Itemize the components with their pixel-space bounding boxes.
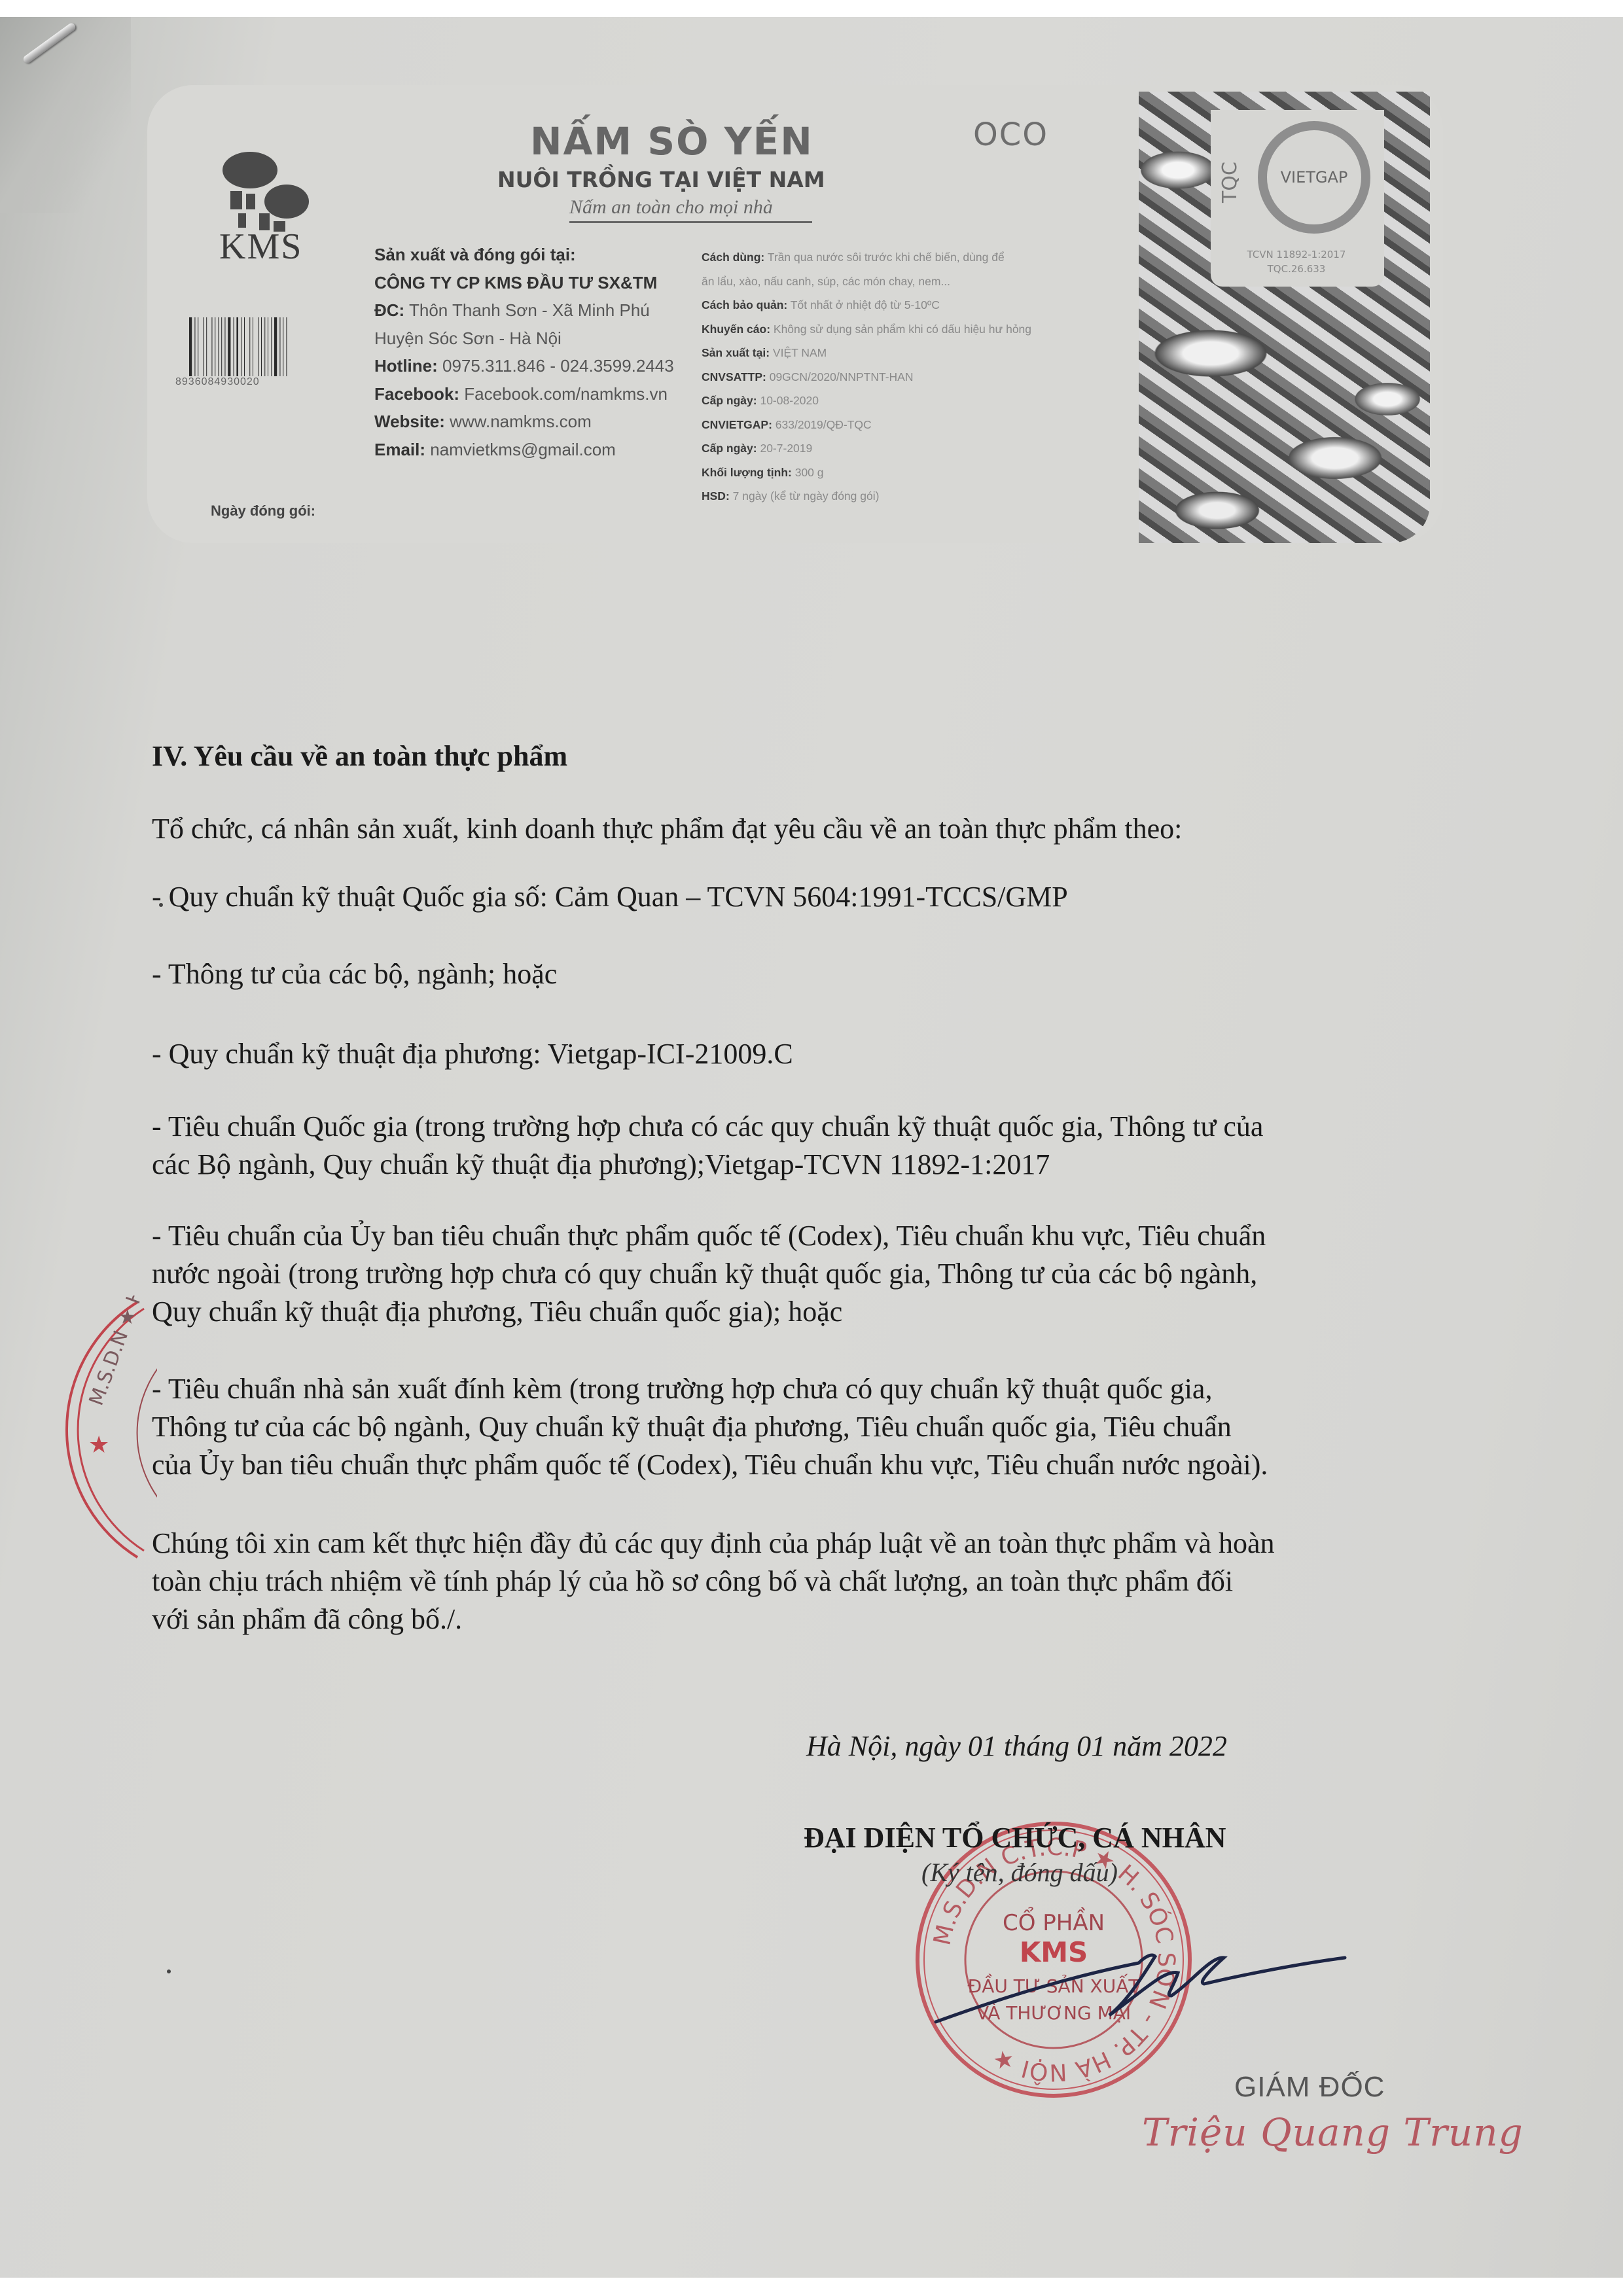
facebook-label: Facebook: bbox=[374, 384, 459, 404]
address-line1: Thôn Thanh Sơn - Xã Minh Phú bbox=[404, 300, 650, 320]
brand-slogan: Nấm an toàn cho mọi nhà bbox=[569, 196, 812, 223]
usage-line: Khối lượng tịnh: 300 g bbox=[702, 461, 1133, 485]
usage-value: 300 g bbox=[792, 466, 824, 479]
barcode-number: 8936084930020 bbox=[175, 376, 260, 388]
page-fold-shadow bbox=[0, 17, 131, 213]
usage-label: HSD: bbox=[702, 489, 730, 503]
paragraph-circular: - Thông tư của các bộ, ngành; hoặc bbox=[152, 955, 557, 993]
usage-label: Sản xuất tại: bbox=[702, 346, 770, 359]
usage-label: Khuyến cáo: bbox=[702, 323, 770, 336]
usage-value: 633/2019/QĐ-TQC bbox=[772, 418, 872, 431]
handwritten-signature bbox=[929, 1917, 1348, 2028]
usage-line: Cấp ngày: 10-08-2020 bbox=[702, 389, 1133, 413]
usage-value: 09GCN/2020/NNPTNT-HAN bbox=[766, 370, 914, 383]
cert-standard: TCVN 11892-1:2017 TQC.26.633 bbox=[1221, 247, 1372, 276]
paragraph-commitment: Chúng tôi xin cam kết thực hiện đầy đủ c… bbox=[152, 1525, 1275, 1638]
place-date: Hà Nội, ngày 01 tháng 01 năm 2022 bbox=[806, 1729, 1227, 1763]
usage-label: Cấp ngày: bbox=[702, 394, 757, 407]
usage-value: 10-08-2020 bbox=[757, 394, 819, 407]
usage-label: Cách dùng: bbox=[702, 251, 764, 264]
brand-subtitle: NUÔI TRỒNG TẠI VIỆT NAM bbox=[497, 167, 825, 192]
paragraph-local-regulation: - Quy chuẩn kỹ thuật địa phương: Vietgap… bbox=[152, 1035, 793, 1073]
usage-line: ăn lẩu, xào, nấu canh, súp, các món chay… bbox=[702, 270, 1133, 294]
partial-stamp: ★ M.S.D.N ★ H.SÓ bbox=[39, 1296, 157, 1564]
facebook-value: Facebook.com/namkms.vn bbox=[459, 384, 668, 404]
oco-mark: OCO bbox=[973, 116, 1048, 153]
usage-value: 7 ngày (kể từ ngày đóng gói) bbox=[730, 489, 880, 503]
vietgap-text: VIETGAP bbox=[1281, 168, 1348, 186]
paragraph-national-regulation: - Quy chuẩn kỹ thuật Quốc gia số: Cảm Qu… bbox=[152, 878, 1068, 916]
producer-info: Sản xuất và đóng gói tại: CÔNG TY CP KMS… bbox=[374, 241, 674, 463]
speck bbox=[159, 903, 163, 907]
usage-value: Không sử dụng sản phẩm khi có dấu hiệu h… bbox=[770, 323, 1031, 336]
usage-line: Cách bảo quản: Tốt nhất ở nhiệt độ từ 5-… bbox=[702, 293, 1133, 317]
section-title: IV. Yêu cầu về an toàn thực phẩm bbox=[152, 739, 567, 773]
scan-border-top bbox=[0, 0, 1623, 17]
hotline-value: 0975.311.846 - 024.3599.2443 bbox=[438, 356, 674, 376]
website-value: www.namkms.com bbox=[445, 412, 592, 431]
speck bbox=[167, 1969, 171, 1973]
paragraph-codex-standard: - Tiêu chuẩn của Ủy ban tiêu chuẩn thực … bbox=[152, 1217, 1266, 1331]
usage-line: Sản xuất tại: VIỆT NAM bbox=[702, 341, 1133, 365]
cert-code: TQC.26.633 bbox=[1221, 262, 1372, 276]
usage-line: Cách dùng: Trần qua nước sôi trước khi c… bbox=[702, 245, 1133, 270]
website-label: Website: bbox=[374, 412, 445, 431]
producer-heading: Sản xuất và đóng gói tại: bbox=[374, 245, 576, 264]
paragraph-national-standard: - Tiêu chuẩn Quốc gia (trong trường hợp … bbox=[152, 1108, 1263, 1184]
paragraph-manufacturer-standard: - Tiêu chuẩn nhà sản xuất đính kèm (tron… bbox=[152, 1370, 1268, 1484]
producer-company: CÔNG TY CP KMS ĐẦU TƯ SX&TM bbox=[374, 273, 657, 292]
usage-label: CNVIETGAP: bbox=[702, 418, 772, 431]
hotline-label: Hotline: bbox=[374, 356, 438, 376]
usage-line: CNVIETGAP: 633/2019/QĐ-TQC bbox=[702, 413, 1133, 437]
usage-line: Cấp ngày: 20-7-2019 bbox=[702, 436, 1133, 461]
tqc-logo: TQC bbox=[1219, 162, 1241, 203]
sign-note: (Ký tên, đóng dấu) bbox=[921, 1857, 1118, 1888]
svg-text:★: ★ bbox=[88, 1432, 109, 1458]
usage-value: ăn lẩu, xào, nấu canh, súp, các món chay… bbox=[702, 275, 950, 288]
address-line2: Huyện Sóc Sơn - Hà Nội bbox=[374, 325, 674, 353]
email-value: namvietkms@gmail.com bbox=[425, 440, 616, 459]
usage-line: CNVSATTP: 09GCN/2020/NNPTNT-HAN bbox=[702, 365, 1133, 389]
scan-border-bottom bbox=[0, 2278, 1623, 2296]
usage-value: 20-7-2019 bbox=[757, 442, 813, 455]
usage-info: Cách dùng: Trần qua nước sôi trước khi c… bbox=[702, 245, 1133, 508]
signer-name: Triệu Quang Trung bbox=[1142, 2110, 1524, 2155]
usage-value: Trần qua nước sôi trước khi chế biến, dù… bbox=[764, 251, 1004, 264]
usage-line: HSD: 7 ngày (kể từ ngày đóng gói) bbox=[702, 484, 1133, 508]
pack-date-label: Ngày đóng gói: bbox=[211, 503, 315, 520]
cert-standard-text: TCVN 11892-1:2017 bbox=[1221, 247, 1372, 262]
usage-value: VIỆT NAM bbox=[770, 346, 827, 359]
email-label: Email: bbox=[374, 440, 425, 459]
usage-label: CNVSATTP: bbox=[702, 370, 766, 383]
usage-value: Tốt nhất ở nhiệt độ từ 5-10ºC bbox=[787, 298, 940, 311]
barcode bbox=[187, 317, 337, 380]
svg-text:M.S.D.N ★ H.SÓ: M.S.D.N ★ H.SÓ bbox=[84, 1296, 157, 1409]
usage-label: Khối lượng tịnh: bbox=[702, 466, 792, 479]
usage-line: Khuyến cáo: Không sử dụng sản phẩm khi c… bbox=[702, 317, 1133, 342]
address-label: ĐC: bbox=[374, 300, 404, 320]
usage-label: Cách bảo quản: bbox=[702, 298, 787, 311]
paragraph-intro: Tổ chức, cá nhân sản xuất, kinh doanh th… bbox=[152, 810, 1182, 848]
representative-heading: ĐẠI DIỆN TỔ CHỨC, CÁ NHÂN bbox=[804, 1821, 1226, 1854]
signer-title: GIÁM ĐỐC bbox=[1234, 2071, 1385, 2104]
usage-label: Cấp ngày: bbox=[702, 442, 757, 455]
vietgap-seal-icon: VIETGAP bbox=[1258, 121, 1370, 234]
logo-text: KMS bbox=[219, 226, 302, 268]
brand-title: NẤM SÒ YẾN bbox=[530, 119, 813, 164]
